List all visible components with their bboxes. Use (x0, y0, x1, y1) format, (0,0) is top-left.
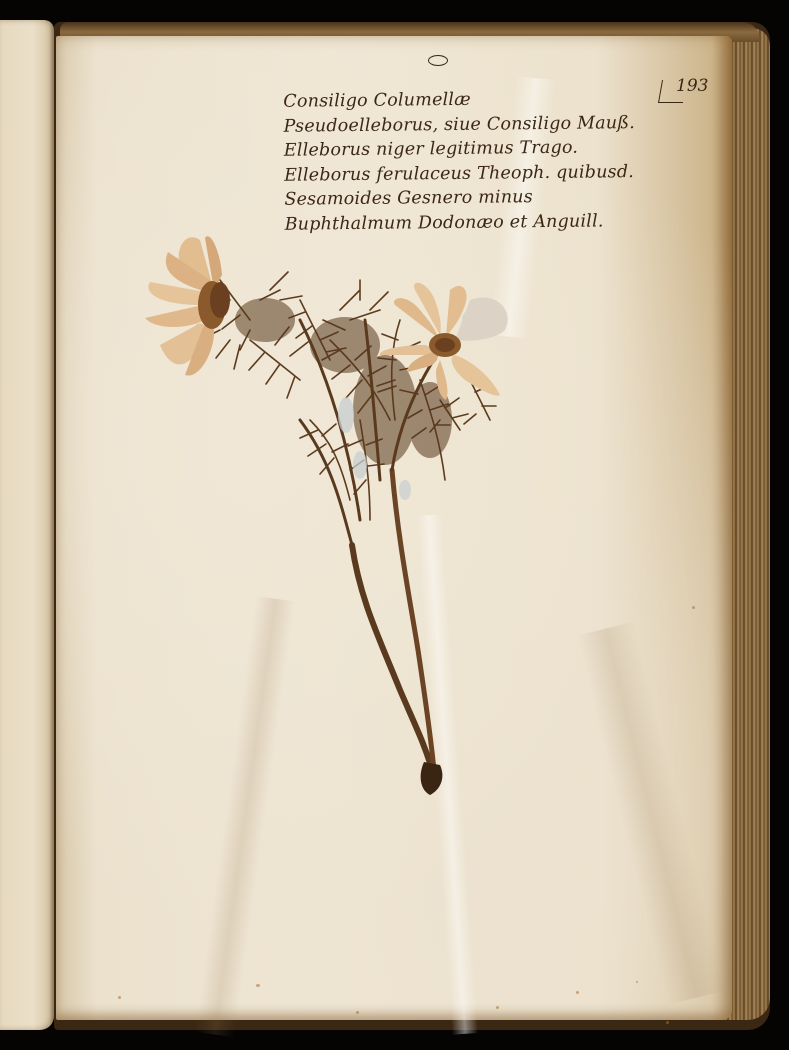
root-tuft (421, 762, 443, 795)
pressed-plant-specimen (0, 0, 789, 1050)
left-flower (145, 236, 230, 375)
